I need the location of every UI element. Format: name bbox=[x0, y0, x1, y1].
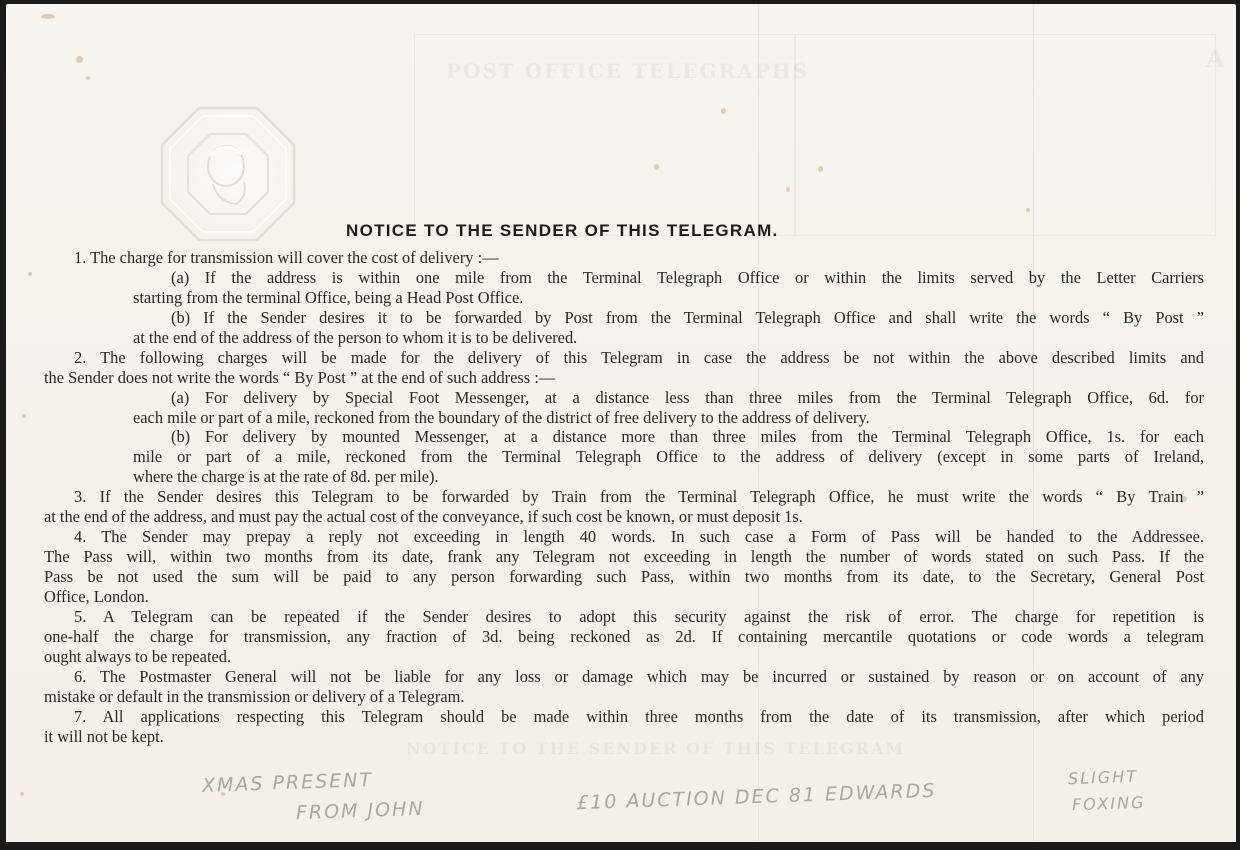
telegram-form-reverse: POST OFFICE TELEGRAPHS NOTICE TO THE SEN… bbox=[6, 4, 1236, 842]
foxing-spot bbox=[28, 272, 32, 276]
show-through-heading: POST OFFICE TELEGRAPHS bbox=[446, 59, 809, 83]
paragraph-2-line: the Sender does not write the words “ By… bbox=[44, 368, 1204, 388]
paragraph-1-line: 1. The charge for transmission will cove… bbox=[44, 248, 1204, 268]
pencil-note-xmas-present: XMAS PRESENT bbox=[202, 769, 374, 797]
pencil-note-slight: SLIGHT bbox=[1068, 767, 1139, 788]
foxing-spot bbox=[76, 56, 83, 63]
paragraph-2-line: 2. The following charges will be made fo… bbox=[44, 348, 1204, 368]
paragraph-6-line: mistake or default in the transmission o… bbox=[44, 687, 1204, 707]
foxing-spot bbox=[721, 108, 726, 114]
paragraph-4-line: Pass be not used the sum will be paid to… bbox=[44, 567, 1204, 587]
pencil-note-auction: £10 AUCTION DEC 81 EDWARDS bbox=[576, 780, 937, 815]
foxing-spot bbox=[41, 14, 55, 19]
paragraph-5-line: one-half the charge for transmission, an… bbox=[44, 627, 1204, 647]
show-through-letter: A bbox=[1206, 44, 1227, 73]
pencil-note-from-john: FROM JOHN bbox=[296, 798, 425, 824]
foxing-spot bbox=[818, 166, 823, 172]
paragraph-3-line: 3. If the Sender desires this Telegram t… bbox=[44, 487, 1204, 507]
paragraph-2b-line: where the charge is at the rate of 8d. p… bbox=[44, 467, 1204, 487]
paragraph-4-line: The Pass will, within two months from it… bbox=[44, 547, 1204, 567]
embossed-stamp-icon bbox=[158, 104, 298, 244]
foxing-spot bbox=[654, 164, 659, 170]
paragraph-5-line: ought always to be repeated. bbox=[44, 647, 1204, 667]
paragraph-3-line: at the end of the address, and must pay … bbox=[44, 507, 1204, 527]
paragraph-4-line: 4. The Sender may prepay a reply not exc… bbox=[44, 527, 1204, 547]
foxing-spot bbox=[1026, 208, 1030, 212]
foxing-spot bbox=[22, 414, 26, 418]
paragraph-5-line: 5. A Telegram can be repeated if the Sen… bbox=[44, 607, 1204, 627]
paragraph-1b-line: at the end of the address of the person … bbox=[44, 328, 1204, 348]
paragraph-7-line: 7. All applications respecting this Tele… bbox=[44, 707, 1204, 727]
foxing-spot bbox=[86, 76, 90, 80]
paragraph-2b-line: mile or part of a mile, reckoned from th… bbox=[44, 447, 1204, 467]
notice-title: NOTICE TO THE SENDER OF THIS TELEGRAM. bbox=[346, 221, 906, 241]
paragraph-4-line: Office, London. bbox=[44, 587, 1204, 607]
paragraph-1b-line: (b) If the Sender desires it to be forwa… bbox=[44, 308, 1204, 328]
foxing-spot bbox=[786, 187, 790, 192]
show-through-box bbox=[794, 34, 1216, 236]
paragraph-2b-line: (b) For delivery by mounted Messenger, a… bbox=[44, 427, 1204, 447]
foxing-spot bbox=[20, 792, 24, 796]
notice-body: 1. The charge for transmission will cove… bbox=[44, 248, 1204, 746]
paragraph-2a-line: (a) For delivery by Special Foot Messeng… bbox=[44, 388, 1204, 408]
paragraph-1a-line: (a) If the address is within one mile fr… bbox=[44, 268, 1204, 288]
paragraph-6-line: 6. The Postmaster General will not be li… bbox=[44, 667, 1204, 687]
pencil-note-foxing: FOXING bbox=[1072, 793, 1146, 815]
paragraph-7-line: it will not be kept. bbox=[44, 727, 1204, 747]
paragraph-2a-line: each mile or part of a mile, reckoned fr… bbox=[44, 408, 1204, 428]
paragraph-1a-line: starting from the terminal Office, being… bbox=[44, 288, 1204, 308]
